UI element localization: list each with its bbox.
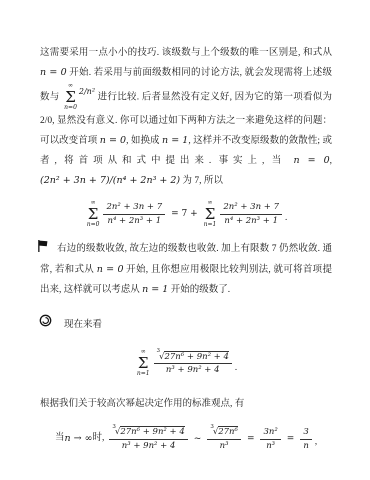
- fraction-denominator: n³: [207, 440, 241, 452]
- fraction-denominator: n³ + 9n² + 4: [154, 364, 232, 376]
- fraction-numerator: 2n² + 3n + 7: [220, 202, 282, 215]
- fraction: 3√27n⁶ + 9n² + 4 n³ + 9n² + 4: [109, 427, 187, 452]
- para1-text-7: 为 7, 所以: [180, 176, 223, 186]
- equation-new-series: ∞ Σ n=1 3√27n⁶ + 9n² + 4 n³ + 9n² + 4 .: [40, 349, 332, 377]
- equals-operator: =: [247, 435, 255, 444]
- fraction-numerator: 3: [300, 427, 311, 440]
- eq3-n-to-infinity: n → ∞: [64, 434, 92, 444]
- equation-limit-comparison: 当 n → ∞ 时, 3√27n⁶ + 9n² + 4 n³ + 9n² + 4…: [40, 427, 332, 452]
- paragraph-1: 这需要采用一点小小的技巧. 该级数与上个级数的唯一区别是, 和式从 n = 0 …: [40, 43, 332, 191]
- fraction-numerator: 3n²: [260, 427, 280, 440]
- sigma-sum: ∞ Σ n=0: [87, 200, 100, 228]
- root-index: 3: [112, 424, 116, 430]
- sum-lower-limit: n=1: [204, 222, 217, 229]
- para1-math-2: n = 0: [100, 135, 126, 146]
- eq3-mid-text: 时,: [93, 434, 105, 444]
- flag-icon: [37, 240, 48, 260]
- cube-root: 3√27n⁶: [210, 427, 238, 437]
- fraction-denominator: n³: [260, 440, 280, 452]
- sigma-sum: ∞ Σ n=1: [137, 349, 150, 377]
- eq3-prefix: 当: [55, 434, 65, 444]
- para2-math-2: n = 1: [142, 284, 168, 295]
- radicand: 27n⁶ + 9n² + 4: [164, 351, 228, 362]
- para1-math-3: n = 1: [162, 135, 188, 146]
- cube-root: 3√27n⁶ + 9n² + 4: [112, 427, 184, 437]
- sigma-symbol: Σ: [65, 90, 76, 105]
- equation-period: .: [235, 363, 237, 378]
- sigma-sum: ∞Σn=0: [64, 83, 77, 111]
- sum-lower-limit: n=0: [64, 105, 77, 112]
- fraction: 3√27n⁶ n³: [207, 427, 241, 452]
- equation-period: .: [285, 213, 287, 228]
- fraction-numerator: 3√27n⁶ + 9n² + 4: [109, 427, 187, 440]
- fraction: 3 n: [300, 427, 311, 451]
- equation-series-split: ∞ Σ n=0 2n² + 3n + 7 n⁴ + 2n³ + 1 = 7 + …: [40, 200, 332, 228]
- paragraph-2: 右边的级数收敛, 故左边的级数也收敛. 加上有限数 7 仍然收敛. 通常, 若和…: [40, 239, 332, 300]
- fraction-denominator: n⁴ + 2n³ + 1: [220, 215, 282, 227]
- root-index: 3: [210, 424, 214, 430]
- para3-text-1: 根据我们关于较高次幂起决定作用的标准观点, 有: [40, 399, 244, 409]
- fraction-numerator: 3√27n⁶: [207, 427, 241, 440]
- para2-text-3: 开始的级数了.: [168, 285, 230, 295]
- equals-plus-operator: = 7 +: [171, 210, 198, 219]
- spiral-example-icon: [39, 314, 52, 335]
- para1-text-4: , 如换成: [126, 136, 162, 146]
- fraction-denominator: n⁴ + 2n³ + 1: [103, 215, 165, 227]
- section-heading-text: 现在来看: [64, 315, 102, 335]
- para1-math-5: (2n² + 3n + 7)/(n⁴ + 2n³ + 2): [40, 175, 180, 186]
- asymptotic-operator: ~: [194, 435, 202, 444]
- root-index: 3: [157, 348, 161, 354]
- fraction: 2n² + 3n + 7 n⁴ + 2n³ + 1: [220, 202, 282, 226]
- inline-series-formula: ∞Σn=02/n²: [62, 92, 95, 102]
- equals-operator: =: [287, 435, 295, 444]
- sigma-symbol: Σ: [138, 356, 149, 371]
- fraction: 3√27n⁶ + 9n² + 4 n³ + 9n² + 4: [154, 351, 232, 376]
- equation-comma: ,: [315, 437, 317, 452]
- fraction: 3n² n³: [260, 427, 280, 451]
- para2-math-1: n = 0: [97, 264, 124, 275]
- sum-term: 2/n²: [79, 87, 95, 96]
- fraction: 2n² + 3n + 7 n⁴ + 2n³ + 1: [103, 202, 165, 226]
- fraction-numerator: 2n² + 3n + 7: [103, 202, 165, 215]
- radicand: 27n⁶ + 9n² + 4: [120, 426, 184, 437]
- sum-lower-limit: n=1: [137, 371, 150, 378]
- radicand: 27n⁶: [218, 426, 238, 437]
- para1-math-1: n = 0: [40, 67, 67, 78]
- fraction-denominator: n³ + 9n² + 4: [109, 440, 187, 452]
- sum-lower-limit: n=0: [87, 222, 100, 229]
- para1-text-6: ,: [330, 156, 332, 166]
- paragraph-3: 根据我们关于较高次幂起决定作用的标准观点, 有: [40, 394, 332, 414]
- sigma-sum: ∞ Σ n=1: [204, 200, 217, 228]
- document-page: 这需要采用一点小小的技巧. 该级数与上个级数的唯一区别是, 和式从 n = 0 …: [0, 0, 370, 480]
- sigma-symbol: Σ: [205, 207, 216, 222]
- section-heading: 现在来看: [39, 314, 332, 335]
- cube-root: 3√27n⁶ + 9n² + 4: [157, 352, 229, 362]
- fraction-denominator: n: [300, 440, 311, 452]
- sigma-symbol: Σ: [88, 207, 99, 222]
- para1-text-1: 这需要采用一点小小的技巧. 该级数与上个级数的唯一区别是, 和式从: [40, 48, 332, 58]
- para1-math-4: n = 0: [294, 155, 330, 166]
- fraction-numerator: 3√27n⁶ + 9n² + 4: [154, 351, 232, 364]
